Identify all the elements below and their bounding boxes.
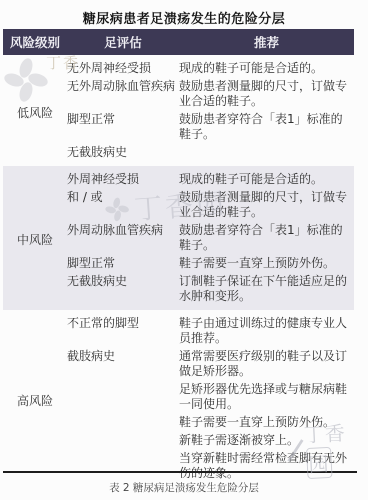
table-subrow: 脚型正常鞋子需要一直穿上预防外伤。 — [67, 256, 354, 271]
table-subrow: 鞋子需要一直穿上预防外伤。 — [67, 415, 354, 430]
table-subrow: 外周神经受损现成的鞋子可能是合适的。 — [67, 172, 354, 187]
assessment-text: 截肢病史 — [67, 349, 179, 379]
row-content: 外周神经受损现成的鞋子可能是合适的。和 / 或鼓励患者测量脚的尺寸，订做专业合适… — [67, 172, 354, 307]
table-subrow: 新鞋子需逐渐被穿上。 — [67, 433, 354, 448]
table-subrow: 当穿新鞋时需经常检查脚有无外伤的迹象。 — [67, 451, 354, 481]
table-subrow: 脚型正常鼓励患者穿符合「表1」标准的鞋子。 — [67, 112, 354, 142]
risk-stratification-table: 风险级别 足评估 推荐 低风险 无外周神经受损现成的鞋子可能是合适的。无外周动脉… — [3, 29, 354, 487]
table-row-medium-risk: 中风险 外周神经受损现成的鞋子可能是合适的。和 / 或鼓励患者测量脚的尺寸，订做… — [3, 166, 354, 310]
assessment-text: 无外周神经受损 — [67, 61, 179, 76]
table-subrow: 足矫形器优先选择或与糖尿病鞋一同使用。 — [67, 382, 354, 412]
assessment-text: 无截肢病史 — [67, 274, 179, 304]
recommendation-text: 鞋子需要一直穿上预防外伤。 — [179, 256, 354, 271]
column-header-risk-level: 风险级别 — [3, 33, 67, 51]
article-page: 糖尿病患者足溃疡发生的危险分层 风险级别 足评估 推荐 低风险 无外周神经受损现… — [0, 0, 368, 500]
table-subrow: 无外周动脉血管疾病鼓励患者测量脚的尺寸，订做专业合适的鞋子。 — [67, 79, 354, 109]
recommendation-text: 足矫形器优先选择或与糖尿病鞋一同使用。 — [179, 382, 354, 412]
column-header-foot-assessment: 足评估 — [67, 33, 179, 51]
recommendation-text: 现成的鞋子可能是合适的。 — [179, 172, 354, 187]
page-title: 糖尿病患者足溃疡发生的危险分层 — [0, 0, 368, 27]
recommendation-text: 鞋子需要一直穿上预防外伤。 — [179, 415, 354, 430]
recommendation-text: 新鞋子需逐渐被穿上。 — [179, 433, 354, 448]
recommendation-text: 通常需要医疗级别的鞋子以及订做足矫形器。 — [179, 349, 354, 379]
assessment-text — [67, 382, 179, 412]
table-row-low-risk: 低风险 无外周神经受损现成的鞋子可能是合适的。无外周动脉血管疾病鼓励患者测量脚的… — [3, 55, 354, 166]
recommendation-text: 当穿新鞋时需经常检查脚有无外伤的迹象。 — [179, 451, 354, 481]
recommendation-text: 订制鞋子保证在下午能适应足的水肿和变形。 — [179, 274, 354, 304]
recommendation-text: 鼓励患者测量脚的尺寸，订做专业合适的鞋子。 — [179, 79, 354, 109]
table-subrow: 无截肢病史订制鞋子保证在下午能适应足的水肿和变形。 — [67, 274, 354, 304]
recommendation-text: 鼓励患者测量脚的尺寸，订做专业合适的鞋子。 — [179, 190, 354, 220]
table-header-row: 风险级别 足评估 推荐 — [3, 29, 354, 55]
table-caption: 表 2 糖尿病足溃疡发生危险分层 — [0, 480, 368, 495]
row-content: 无外周神经受损现成的鞋子可能是合适的。无外周动脉血管疾病鼓励患者测量脚的尺寸，订… — [67, 61, 354, 163]
assessment-text: 无外周动脉血管疾病 — [67, 79, 179, 109]
risk-level-label: 中风险 — [3, 172, 67, 307]
assessment-text: 外周动脉血管疾病 — [67, 223, 179, 253]
assessment-text: 不正常的脚型 — [67, 316, 179, 346]
assessment-text: 和 / 或 — [67, 190, 179, 220]
table-subrow: 和 / 或鼓励患者测量脚的尺寸，订做专业合适的鞋子。 — [67, 190, 354, 220]
assessment-text: 无截肢病史 — [67, 145, 179, 160]
risk-level-label: 低风险 — [3, 61, 67, 163]
recommendation-text: 现成的鞋子可能是合适的。 — [179, 61, 354, 76]
recommendation-text: 鞋子由通过训练过的健康专业人员推荐。 — [179, 316, 354, 346]
table-subrow: 截肢病史通常需要医疗级别的鞋子以及订做足矫形器。 — [67, 349, 354, 379]
recommendation-text: 鼓励患者穿符合「表1」标准的鞋子。 — [179, 112, 354, 142]
table-subrow: 无外周神经受损现成的鞋子可能是合适的。 — [67, 61, 354, 76]
assessment-text — [67, 415, 179, 430]
recommendation-text: 鼓励患者穿符合「表1」标准的鞋子。 — [179, 223, 354, 253]
assessment-text — [67, 451, 179, 481]
table-row-high-risk: 高风险 不正常的脚型鞋子由通过训练过的健康专业人员推荐。截肢病史通常需要医疗级别… — [3, 310, 354, 487]
risk-level-label: 高风险 — [3, 316, 67, 484]
divider-line — [3, 471, 357, 473]
table-subrow: 无截肢病史 — [67, 145, 354, 160]
table-subrow: 不正常的脚型鞋子由通过训练过的健康专业人员推荐。 — [67, 316, 354, 346]
assessment-text: 外周神经受损 — [67, 172, 179, 187]
row-content: 不正常的脚型鞋子由通过训练过的健康专业人员推荐。截肢病史通常需要医疗级别的鞋子以… — [67, 316, 354, 484]
recommendation-text — [179, 145, 354, 160]
assessment-text — [67, 433, 179, 448]
table-subrow: 外周动脉血管疾病鼓励患者穿符合「表1」标准的鞋子。 — [67, 223, 354, 253]
assessment-text: 脚型正常 — [67, 112, 179, 142]
column-header-recommendation: 推荐 — [179, 33, 354, 51]
assessment-text: 脚型正常 — [67, 256, 179, 271]
